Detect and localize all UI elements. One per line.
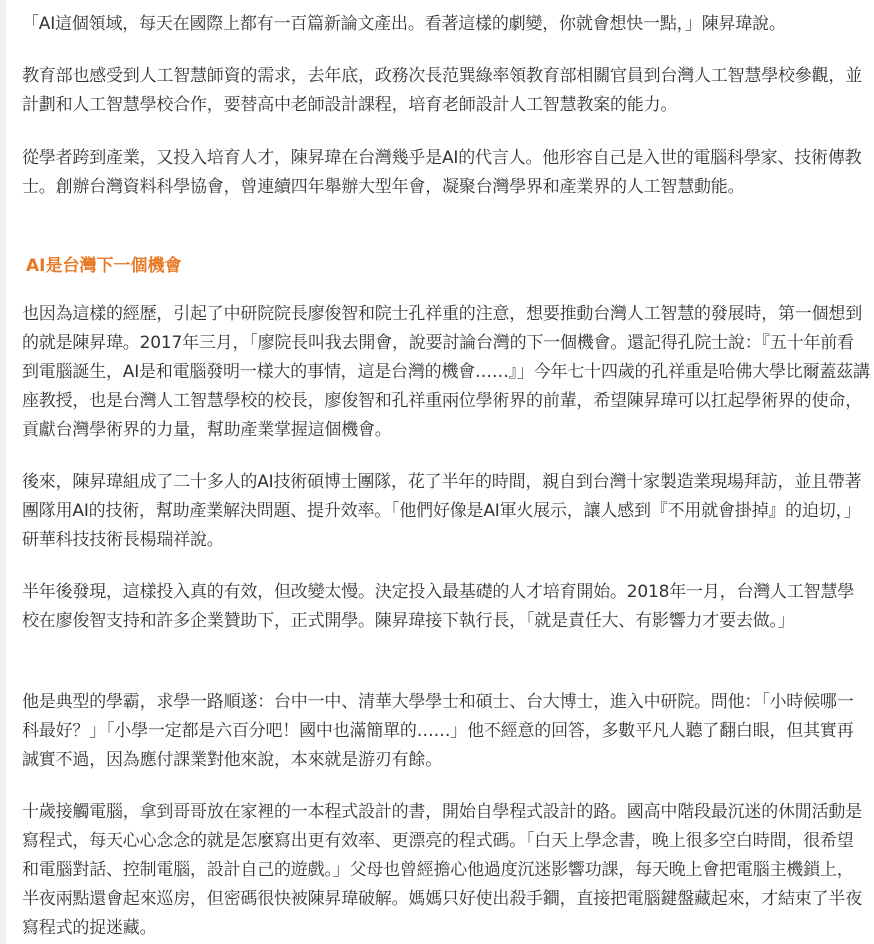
paragraph-7: 他是典型的學霸，求學一路順遂：台中一中、清華大學學士和碩士、台大博士，進入中研院… (22, 688, 870, 775)
paragraph-3: 從學者跨到產業，又投入培育人才，陳昇瑋在台灣幾乎是AI的代言人。他形容自己是入世… (22, 144, 870, 202)
paragraph-2: 教育部也感受到人工智慧師資的需求，去年底，政務次長范巽綠率領教育部相關官員到台灣… (22, 62, 870, 120)
paragraph-4: 也因為這樣的經歷，引起了中研院院長廖俊智和院士孔祥重的注意，想要推動台灣人工智慧… (22, 300, 870, 445)
paragraph-6: 半年後發現，這樣投入真的有效，但改變太慢。決定投入最基礎的人才培育開始。2018… (22, 578, 870, 636)
paragraph-8: 十歲接觸電腦，拿到哥哥放在家裡的一本程式設計的書，開始自學程式設計的路。國高中階… (22, 798, 870, 943)
paragraph-5: 後來，陳昇瑋組成了二十多人的AI技術碩博士團隊，花了半年的時間，親自到台灣十家製… (22, 468, 870, 555)
left-margin-rule (0, 0, 6, 944)
section-heading: AI是台灣下一個機會 (22, 252, 181, 281)
paragraph-1: 「AI這個領域，每天在國際上都有一百篇新論文產出。看著這樣的劇變，你就會想快一點… (22, 10, 870, 39)
